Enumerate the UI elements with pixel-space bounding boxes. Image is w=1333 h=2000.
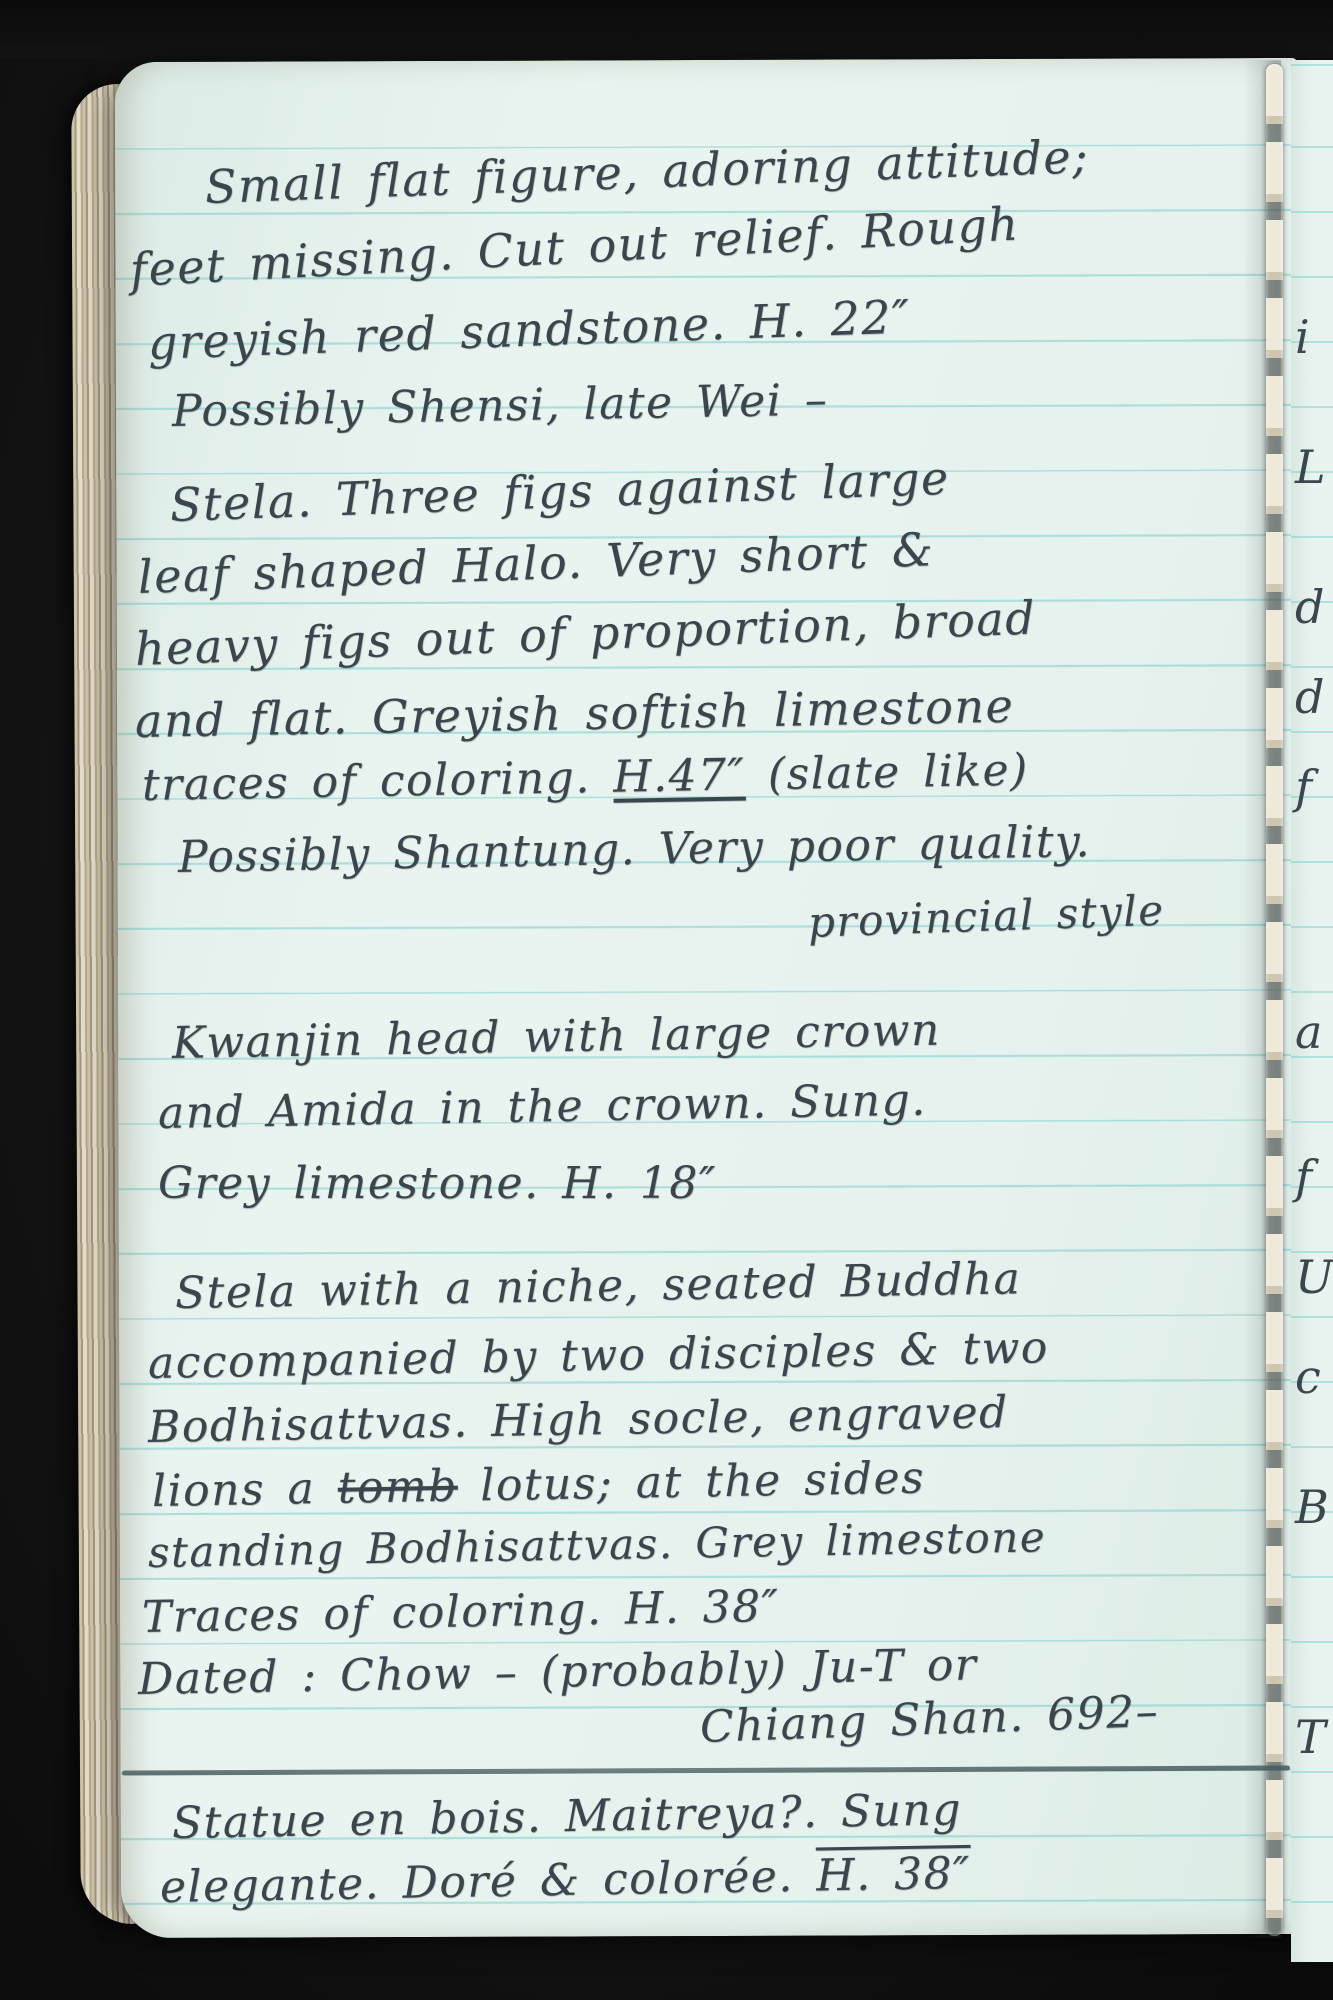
handwritten-line: and flat. Greyish softish limestone — [135, 679, 1015, 748]
handwritten-line: Bodhisattvas. High socle, engraved — [148, 1387, 1010, 1453]
handwritten-line: leaf shaped Halo. Very short & — [137, 522, 935, 604]
handwritten-line: Stela. Three figs against large — [169, 451, 950, 532]
handwritten-line: heavy figs out of proportion, broad — [134, 591, 1037, 676]
underlined-measurement: H.47″ — [613, 749, 746, 802]
handwritten-line: accompanied by two disciples & two — [148, 1322, 1050, 1389]
handwritten-line: Statue en bois. Maitreya?. Sung — [172, 1784, 963, 1849]
handwritten-line: Possibly Shensi, late Wei – — [172, 375, 829, 437]
handwritten-line: provincial style — [807, 886, 1165, 947]
handwritten-line: Traces of coloring. H. 38″ — [142, 1581, 780, 1643]
line-segment: (slate like) — [745, 745, 1029, 801]
notebook-photo: { "document": { "kind": "handwritten-not… — [0, 0, 1333, 2000]
handwritten-line: Chiang Shan. 692– — [699, 1686, 1160, 1753]
handwritten-line: lions a tomb lotus; at the sides — [152, 1453, 926, 1517]
line-segment: lotus; at the sides — [457, 1453, 925, 1512]
line-segment: lions a — [152, 1463, 339, 1517]
handwritten-line: Stela with a niche, seated Buddha — [175, 1253, 1022, 1319]
line-segment: elegante. Doré & colorée. — [160, 1851, 817, 1913]
line-segment: traces of coloring. — [142, 752, 614, 811]
handwritten-divider-rule — [122, 1765, 1290, 1775]
handwritten-line: greyish red sandstone. H. 22″ — [147, 289, 911, 370]
handwritten-line: Dated : Chow – (probably) Ju-T or — [138, 1639, 978, 1705]
handwritten-line: Grey limestone. H. 18″ — [158, 1158, 717, 1209]
handwritten-line: Possibly Shantung. Very poor quality. — [178, 816, 1092, 883]
handwritten-line: standing Bodhisattvas. Grey limestone — [148, 1512, 1047, 1577]
struck-out-word: tomb — [337, 1461, 458, 1514]
handwriting-layer: Small flat figure, adoring attitude; fee… — [0, 0, 1333, 2000]
handwritten-line: traces of coloring. H.47″ (slate like) — [142, 745, 1030, 811]
handwritten-line: and Amida in the crown. Sung. — [158, 1075, 928, 1139]
handwritten-line: Kwanjin head with large crown — [172, 1005, 942, 1069]
overlined-measurement: H. 38″ — [816, 1848, 972, 1902]
handwritten-line: elegante. Doré & colorée. H. 38″ — [160, 1848, 972, 1913]
